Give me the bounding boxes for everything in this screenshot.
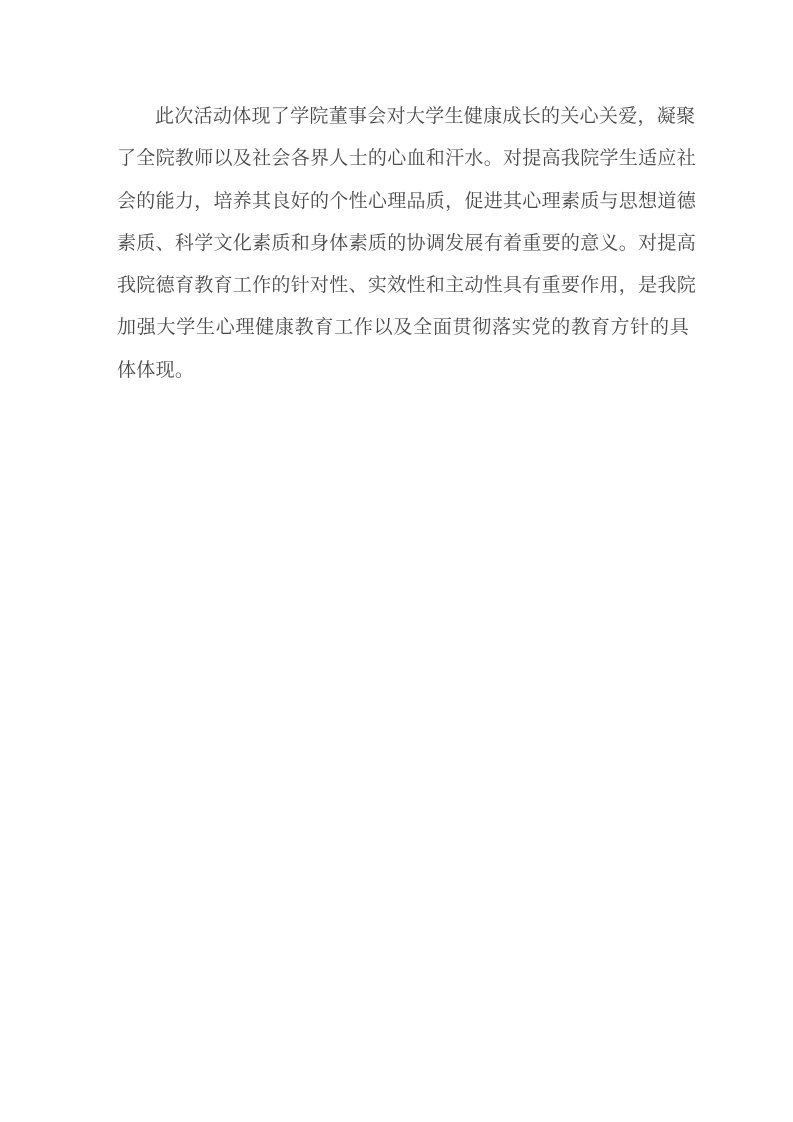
document-page: 此次活动体现了学院董事会对大学生健康成长的关心关爱，凝聚 了全院教师以及社会各界… [0,0,793,1122]
text-line: 会的能力，培养其良好的个性心理品质，促进其心理素质与思想道德 [117,181,689,223]
text-line: 此次活动体现了学院董事会对大学生健康成长的关心关爱，凝聚 [117,96,689,138]
paragraph: 此次活动体现了学院董事会对大学生健康成长的关心关爱，凝聚 了全院教师以及社会各界… [117,96,689,392]
text-line: 素质、科学文化素质和身体素质的协调发展有着重要的意义。对提高 [117,223,689,265]
text-line: 加强大学生心理健康教育工作以及全面贯彻落实党的教育方针的具 [117,307,689,349]
text-line: 我院德育教育工作的针对性、实效性和主动性具有重要作用，是我院 [117,265,689,307]
text-line: 了全院教师以及社会各界人士的心血和汗水。对提高我院学生适应社 [117,138,689,180]
text-line: 体体现。 [117,350,689,392]
